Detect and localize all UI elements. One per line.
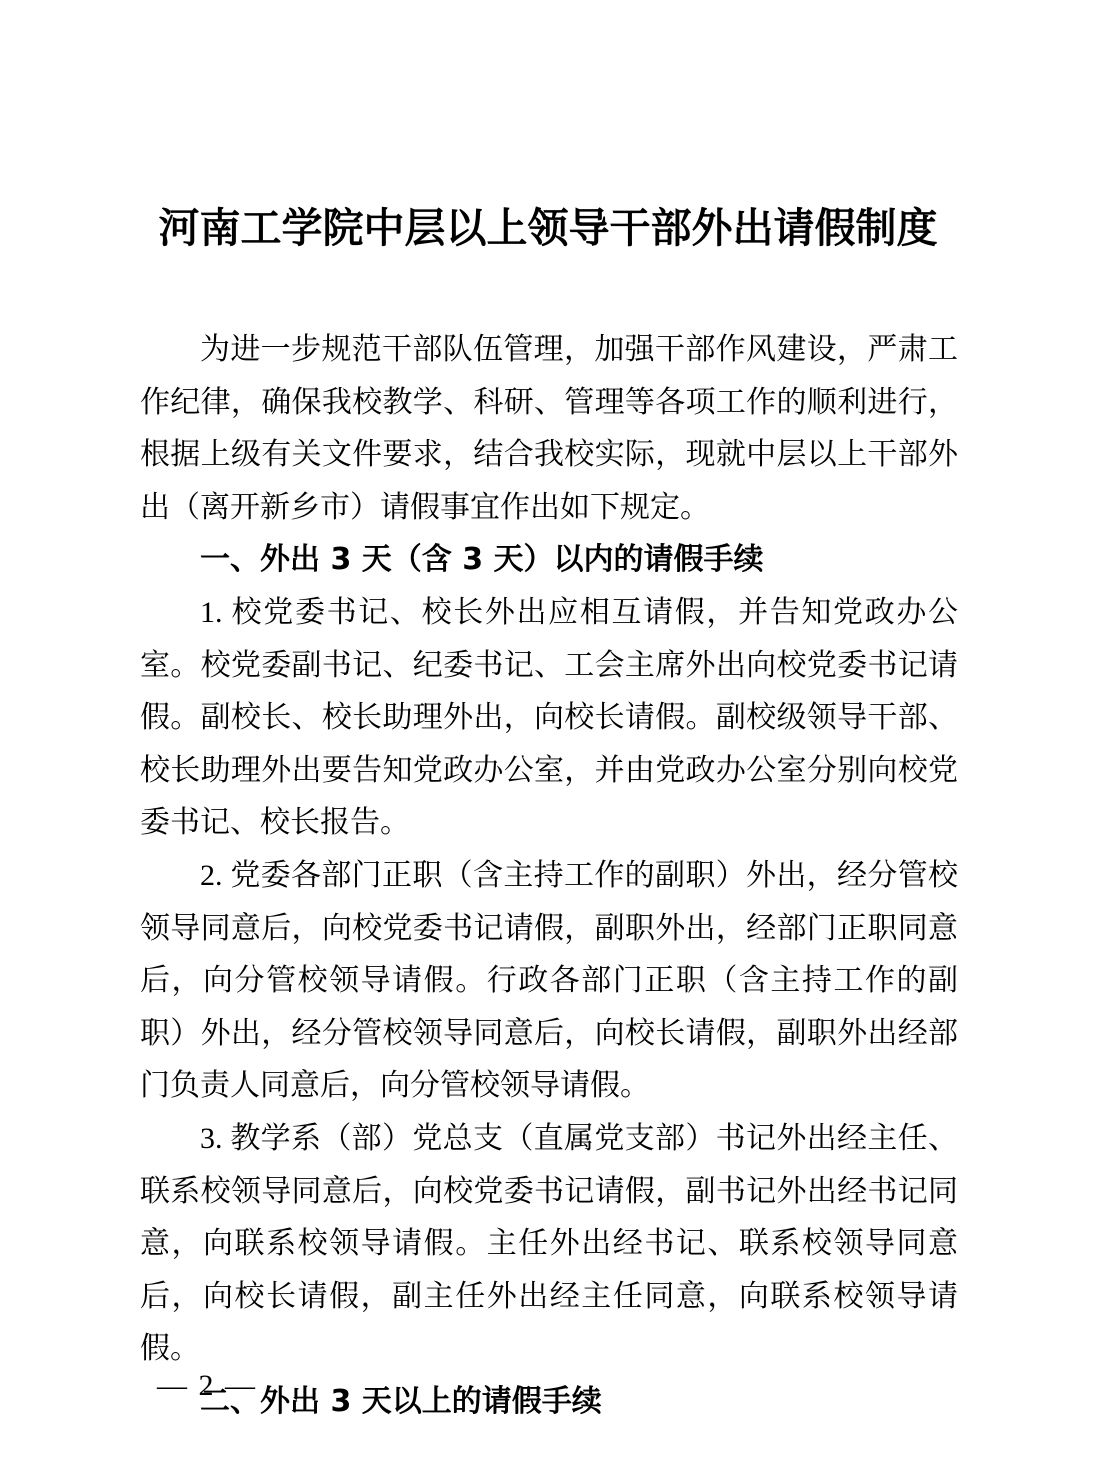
paragraph-item-2: 2. 党委各部门正职（含主持工作的副职）外出，经分管校领导同意后，向校党委书记请…	[140, 850, 958, 1113]
paragraph-item-3: 3. 教学系（部）党总支（直属党支部）书记外出经主任、联系校领导同意后，向校党委…	[140, 1113, 958, 1376]
document-page: 河南工学院中层以上领导干部外出请假制度 为进一步规范干部队伍管理，加强干部作风建…	[0, 0, 1096, 1479]
section-heading-2: 二、外出 3 天以上的请假手续	[140, 1376, 958, 1429]
page-number: — 2 —	[157, 1366, 257, 1406]
paragraph-intro: 为进一步规范干部队伍管理，加强干部作风建设，严肃工作纪律，确保我校教学、科研、管…	[140, 324, 958, 534]
paragraph-item-1: 1. 校党委书记、校长外出应相互请假，并告知党政办公室。校党委副书记、纪委书记、…	[140, 587, 958, 850]
document-body: 为进一步规范干部队伍管理，加强干部作风建设，严肃工作纪律，确保我校教学、科研、管…	[140, 324, 958, 1428]
document-title: 河南工学院中层以上领导干部外出请假制度	[80, 198, 1016, 258]
section-heading-1: 一、外出 3 天（含 3 天）以内的请假手续	[140, 534, 958, 587]
